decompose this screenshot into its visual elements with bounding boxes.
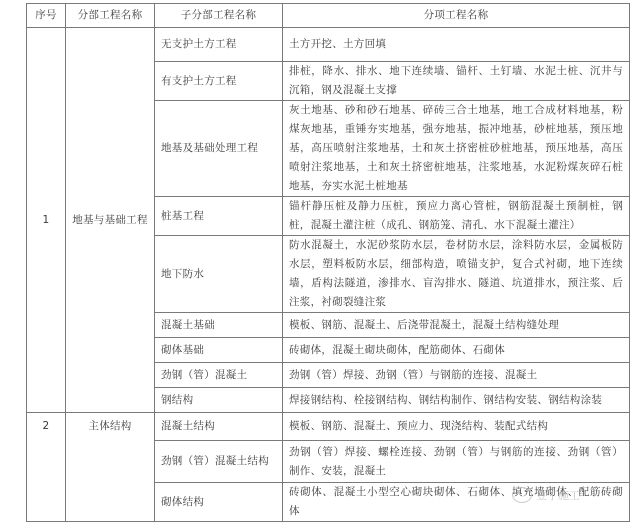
- header-subdivision: 子分部工程名称: [155, 4, 283, 28]
- item-list: 焊接钢结构、栓接钢结构、钢结构制作、钢结构安装、钢结构涂装: [283, 388, 630, 413]
- header-items: 分项工程名称: [283, 4, 630, 28]
- item-list: 劲钢（管）焊接、劲钢（管）与钢筋的连接、混凝土: [283, 363, 630, 388]
- subdivision-name: 地基及基础处理工程: [155, 101, 283, 197]
- subdivision-name: 无支护土方工程: [155, 28, 283, 62]
- subdivision-name: 钢结构: [155, 388, 283, 413]
- group-no: 1: [27, 28, 66, 413]
- header-division: 分部工程名称: [66, 4, 155, 28]
- item-list: 排桩，降水、排水、地下连续墙、锚杆、土钉墙、水泥土桩、沉井与沉箱，钢及混凝土支撑: [283, 62, 630, 101]
- subdivision-name: 劲钢（管）混凝土: [155, 363, 283, 388]
- item-list: 防水混凝土，水泥砂浆防水层，卷材防水层，涂料防水层，金属板防水层，塑料板防水层，…: [283, 236, 630, 313]
- item-list: 锚杆静压桩及静力压桩，预应力离心管桩，钢筋混凝土预制桩，钢桩，混凝土灌注桩（成孔…: [283, 197, 630, 236]
- wechat-logo-icon: [512, 487, 532, 503]
- header-no: 序号: [27, 4, 66, 28]
- subdivision-name: 砌体结构: [155, 483, 283, 522]
- item-list: 土方开挖、土方回填: [283, 28, 630, 62]
- subdivision-name: 混凝土结构: [155, 413, 283, 441]
- division-table: 序号 分部工程名称 子分部工程名称 分项工程名称 1 地基与基础工程 无支护土方…: [26, 3, 630, 522]
- item-list: 劲钢（管）焊接、螺栓连接、劲钢（管）与钢筋的连接、劲钢（管）制作、安装，混凝土: [283, 441, 630, 483]
- item-list: 模板、钢筋、混凝土、预应力、现浇结构、装配式结构: [283, 413, 630, 441]
- group-no: 2: [27, 413, 66, 522]
- subdivision-name: 混凝土基础: [155, 313, 283, 338]
- header-row: 序号 分部工程名称 子分部工程名称 分项工程名称: [27, 4, 630, 28]
- item-list: 灰土地基、砂和砂石地基、碎砖三合土地基，地工合成材料地基，粉煤灰地基，重锤夯实地…: [283, 101, 630, 197]
- subdivision-name: 地下防水: [155, 236, 283, 313]
- subdivision-name: 劲钢（管）混凝土结构: [155, 441, 283, 483]
- table-row: 1 地基与基础工程 无支护土方工程 土方开挖、土方回填: [27, 28, 630, 62]
- watermark-text: 豆丁施工: [536, 487, 580, 503]
- division-name: 主体结构: [66, 413, 155, 522]
- division-name: 地基与基础工程: [66, 28, 155, 413]
- subdivision-name: 砌体基础: [155, 338, 283, 363]
- table-row: 2 主体结构 混凝土结构 模板、钢筋、混凝土、预应力、现浇结构、装配式结构: [27, 413, 630, 441]
- item-list: 模板、钢筋、混凝土、后浇带混凝土，混凝土结构缝处理: [283, 313, 630, 338]
- watermark: 豆丁施工: [512, 484, 622, 506]
- item-list: 砖砌体，混凝土砌块砌体，配筋砌体、石砌体: [283, 338, 630, 363]
- subdivision-name: 桩基工程: [155, 197, 283, 236]
- subdivision-name: 有支护土方工程: [155, 62, 283, 101]
